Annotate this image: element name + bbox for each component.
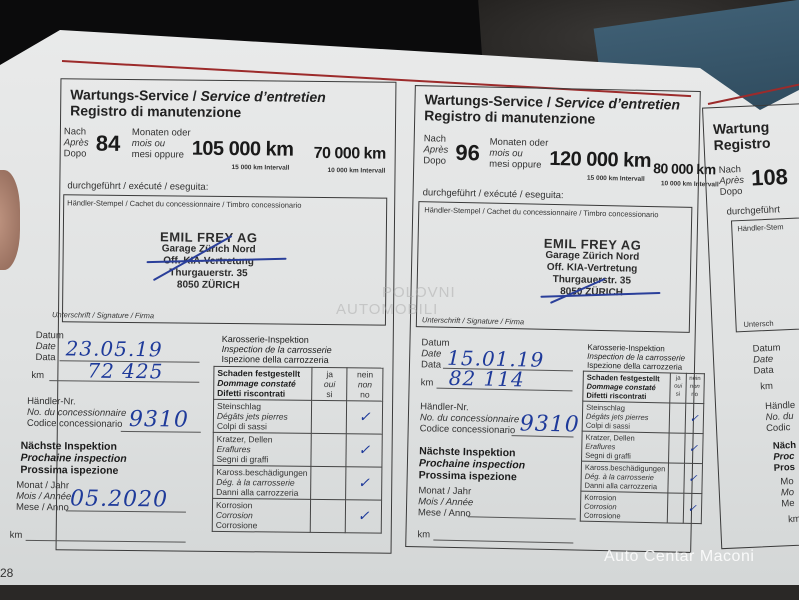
no-checkbox: ✓ — [684, 433, 703, 463]
table-row: SteinschlagDégâts jets pierresColpi di s… — [213, 399, 382, 434]
watermark-polovni-automobili: POLOVNI AUTOMOBILI — [336, 284, 456, 318]
yes-checkbox — [668, 493, 684, 523]
dealer-number: 9310 — [520, 411, 581, 437]
no-checkbox: ✓ — [683, 493, 702, 523]
yes-checkbox — [669, 433, 685, 463]
interval-km-primary: 120 000 km — [549, 148, 651, 173]
table-row: KorrosionCorrosionCorrosione ✓ — [212, 498, 381, 533]
interval-months: 96 — [455, 140, 480, 167]
dealer-number: 9310 — [129, 407, 189, 433]
next-inspection-date: 05.2020 — [70, 486, 168, 512]
table-row: SteinschlagDégâts jets pierresColpi di s… — [582, 401, 703, 434]
yes-checkbox — [311, 433, 346, 466]
table-row: Kaross.beschädigungenDég. à la carrosser… — [581, 461, 702, 494]
interval-km-primary: 105 000 km — [192, 138, 294, 162]
table-row: Kaross.beschädigungenDég. à la carrosser… — [213, 465, 382, 500]
yes-checkbox — [668, 463, 684, 493]
no-checkbox: ✓ — [346, 434, 382, 467]
watermark-auto-centar-maconi: Auto Centar Maconi — [604, 548, 754, 566]
interval-months: 108 — [751, 164, 789, 192]
no-checkbox: ✓ — [685, 403, 704, 433]
body-inspection-table: Schaden festgestelltDommage constatéDife… — [580, 371, 705, 525]
service-entry-96-months: Wartungs-Service / Service d’entretien R… — [405, 85, 701, 553]
body-inspection-table: Schaden festgestelltDommage constatéDife… — [212, 366, 384, 534]
book-edge-shadow — [0, 585, 799, 600]
yes-checkbox — [311, 400, 346, 433]
table-row: Kratzer, DellenErafluresSegni di graffi … — [582, 431, 703, 464]
entry-title: Wartung Registro — [713, 119, 771, 153]
photo-scene: Wartungs-Service / Service d’entretien R… — [0, 0, 799, 600]
yes-checkbox — [311, 466, 346, 499]
table-row: Kratzer, DellenErafluresSegni di graffi … — [213, 432, 382, 467]
yes-checkbox — [670, 403, 686, 433]
service-km: 72 425 — [87, 359, 163, 384]
interval-km-secondary: 70 000 km — [314, 145, 386, 164]
entry-title: Wartungs-Service / Service d’entretien R… — [70, 86, 326, 121]
page-number: 28 — [0, 566, 13, 580]
no-checkbox: ✓ — [346, 467, 382, 500]
interval-months: 84 — [96, 131, 121, 157]
no-checkbox: ✓ — [683, 463, 702, 493]
dealer-stamp: EMIL FREY AG Garage Zürich Nord Off. KIA… — [526, 237, 657, 300]
yes-checkbox — [310, 499, 345, 532]
no-checkbox: ✓ — [346, 500, 382, 533]
service-km: 82 114 — [448, 366, 524, 392]
no-checkbox: ✓ — [347, 401, 383, 434]
table-row: KorrosionCorrosionCorrosione ✓ — [580, 491, 701, 524]
entry-title: Wartungs-Service / Service d’entretien R… — [424, 91, 680, 128]
service-date: 23.05.19 — [66, 336, 163, 361]
